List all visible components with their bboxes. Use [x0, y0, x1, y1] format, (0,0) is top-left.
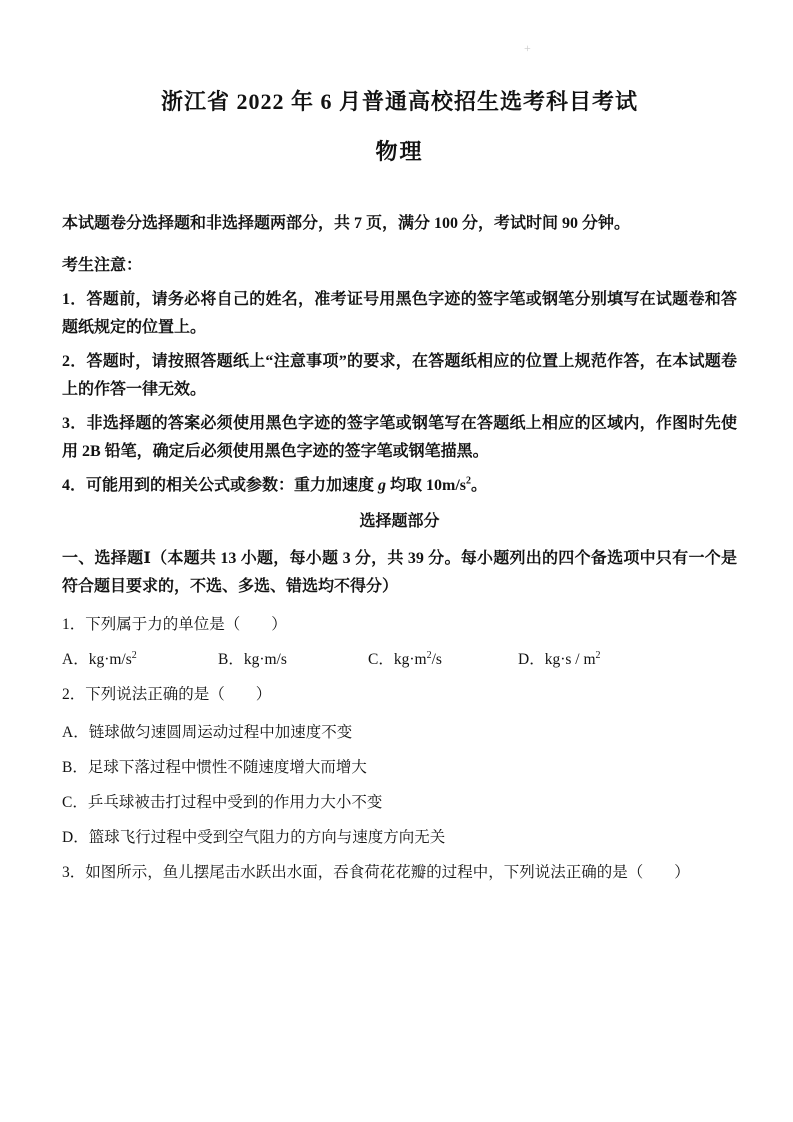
- question-2-option-c: C．乒乓球被击打过程中受到的作用力大小不变: [62, 791, 737, 815]
- subject-subtitle: 物理: [62, 138, 737, 166]
- notice-item-3: 3．非选择题的答案必须使用黑色字迹的签字笔或钢笔写在答题纸上相应的区域内，作图时…: [62, 410, 737, 466]
- choice-part-heading: 选择题部分: [62, 508, 737, 536]
- notice-heading: 考生注意：: [62, 252, 737, 280]
- notice-item-2: 2．答题时，请按照答题纸上“注意事项”的要求，在答题纸相应的位置上规范作答，在本…: [62, 348, 737, 404]
- exam-paper-page: + 浙江省 2022 年 6 月普通高校招生选考科目考试 物理 本试题卷分选择题…: [0, 0, 793, 1122]
- question-2-option-d: D．篮球飞行过程中受到空气阻力的方向与速度方向无关: [62, 826, 737, 850]
- question-2-stem: 2．下列说法正确的是（ ）: [62, 683, 737, 707]
- question-1-option-b: B．kg·m/s: [218, 648, 368, 672]
- scan-artifact-mark: +: [524, 42, 531, 54]
- notice-item-4: 4．可能用到的相关公式或参数：重力加速度 g 均取 10m/s2。: [62, 472, 737, 500]
- notice-item-1: 1．答题前，请务必将自己的姓名，准考证号用黑色字迹的签字笔或钢笔分别填写在试题卷…: [62, 286, 737, 342]
- question-1-option-d: D．kg·s / m2: [518, 648, 601, 672]
- section1-heading: 一、选择题Ⅰ（本题共 13 小题，每小题 3 分，共 39 分。每小题列出的四个…: [62, 545, 737, 601]
- page-title: 浙江省 2022 年 6 月普通高校招生选考科目考试: [62, 86, 737, 118]
- question-3-stem: 3．如图所示，鱼儿摆尾击水跃出水面，吞食荷花花瓣的过程中，下列说法正确的是（ ）: [62, 861, 737, 885]
- question-1-options: A．kg·m/s2 B．kg·m/s C．kg·m2/s D．kg·s / m2: [62, 648, 737, 672]
- question-2-option-a: A．链球做匀速圆周运动过程中加速度不变: [62, 721, 737, 745]
- question-2-option-b: B．足球下落过程中惯性不随速度增大而增大: [62, 756, 737, 780]
- question-1-option-a: A．kg·m/s2: [62, 648, 218, 672]
- exam-intro-paragraph: 本试题卷分选择题和非选择题两部分，共 7 页，满分 100 分，考试时间 90 …: [62, 210, 737, 238]
- question-1-stem: 1．下列属于力的单位是（ ）: [62, 613, 737, 637]
- question-1-option-c: C．kg·m2/s: [368, 648, 518, 672]
